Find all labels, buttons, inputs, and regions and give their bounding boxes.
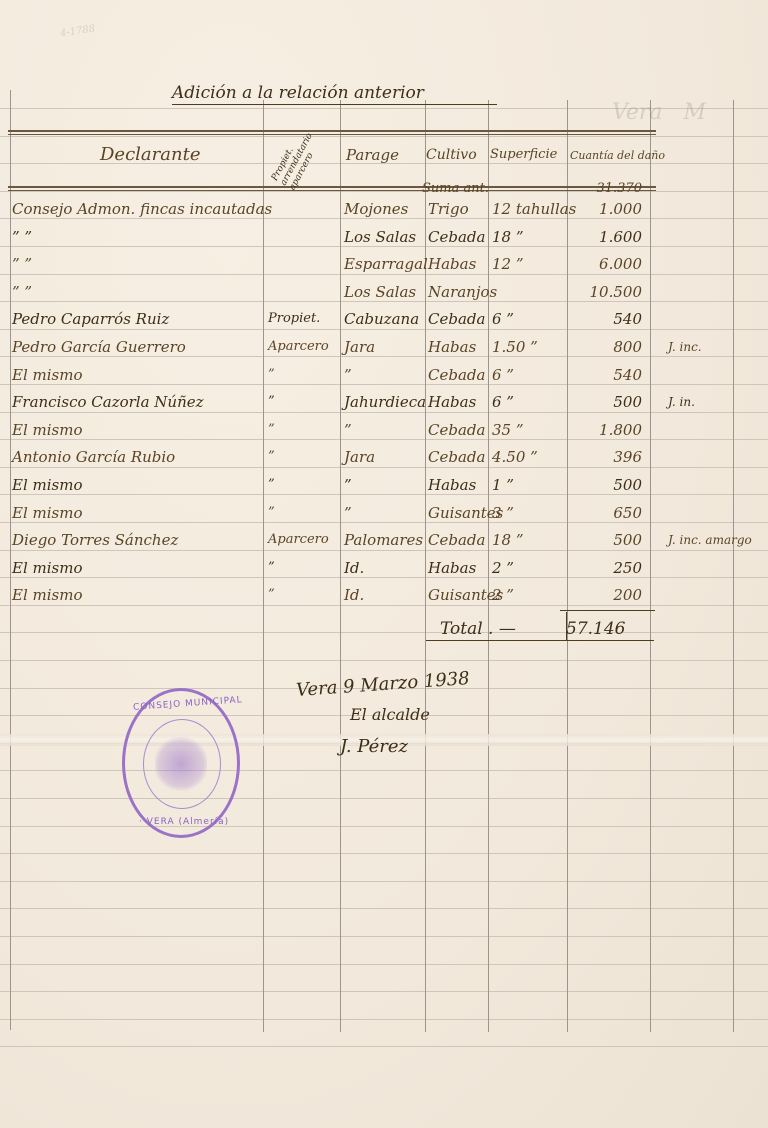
cell-declarante: El mismo [12, 504, 83, 522]
cell-cuantia: 396 [580, 448, 642, 466]
total-rule-top [560, 610, 655, 611]
cell-superficie: 35 ” [492, 421, 524, 439]
cell-declarante: ” ” [12, 228, 32, 246]
cell-cuantia: 500 [580, 531, 642, 549]
header-rule-top [8, 130, 656, 132]
cell-parage: ” [344, 504, 352, 522]
header-parage: Parage [346, 146, 399, 164]
cell-cultivo: Habas [428, 338, 476, 356]
column-line [567, 100, 568, 1032]
ruled-line [0, 384, 768, 385]
header-rule-bottom-2 [8, 190, 656, 191]
cell-superficie: 1 ” [492, 476, 514, 494]
cell-cuantia: 500 [580, 393, 642, 411]
cell-superficie: 3 ” [492, 504, 514, 522]
cell-parage: Los Salas [344, 283, 416, 301]
cell-declarante: Consejo Admon. fincas incautadas [12, 200, 272, 218]
cell-parage: ” [344, 421, 352, 439]
cell-parage: Id. [344, 586, 364, 604]
ruled-line [0, 577, 768, 578]
column-line [488, 100, 489, 1032]
cell-cuantia: 6.000 [580, 255, 642, 273]
ruled-line [0, 218, 768, 219]
cell-cuantia: 500 [580, 476, 642, 494]
ruled-line [0, 853, 768, 854]
cell-declarante: Antonio García Rubio [12, 448, 175, 466]
title-underline [172, 104, 497, 105]
ruled-line [0, 1019, 768, 1020]
cell-declarante: ” ” [12, 255, 32, 273]
cell-superficie: 4.50 ” [492, 448, 538, 466]
cell-cultivo: Cebada [428, 421, 485, 439]
total-label: Total . — [440, 620, 516, 638]
ruled-line [0, 412, 768, 413]
ruled-line [0, 660, 768, 661]
cell-cultivo: Habas [428, 476, 476, 494]
total-value: 57.146 [566, 620, 625, 638]
ruled-line [0, 991, 768, 992]
signature-role: El alcalde [350, 706, 430, 724]
ruled-line [0, 439, 768, 440]
ruled-line [0, 798, 768, 799]
column-line [425, 100, 426, 1032]
ruled-line [0, 301, 768, 302]
ruled-line [0, 908, 768, 909]
ruled-line [0, 881, 768, 882]
total-box-left [566, 612, 567, 640]
signature-name: J. Pérez [340, 738, 408, 756]
pencil-mark: 4-1788 [59, 24, 95, 40]
cell-cuantia: 200 [580, 586, 642, 604]
cell-tenencia: Aparcero [268, 531, 329, 549]
cell-superficie: 18 ” [492, 228, 524, 246]
cell-cultivo: Habas [428, 559, 476, 577]
cell-superficie: 2 ” [492, 586, 514, 604]
cell-nota: J. inc. [668, 338, 702, 356]
header-rule-bottom [8, 186, 656, 188]
coat-of-arms-icon [155, 737, 207, 791]
cell-parage: ” [344, 366, 352, 384]
document-title: Adición a la relación anterior [172, 84, 424, 102]
cell-tenencia: ” [268, 421, 275, 439]
cell-declarante: El mismo [12, 421, 83, 439]
cell-tenencia: ” [268, 559, 275, 577]
header-declarante: Declarante [100, 146, 200, 164]
total-rule-bottom [426, 640, 654, 641]
column-line [263, 100, 264, 1032]
cell-superficie: 6 ” [492, 393, 514, 411]
previous-sum-label: Suma ant. [422, 180, 489, 198]
ruled-line [0, 632, 768, 633]
cell-declarante: Pedro Caparrós Ruiz [12, 310, 169, 328]
ruled-line [0, 356, 768, 357]
header-rule-top-2 [8, 134, 656, 135]
cell-tenencia: ” [268, 586, 275, 604]
cell-nota: J. in. [668, 393, 695, 411]
cell-declarante: Pedro García Guerrero [12, 338, 186, 356]
cell-tenencia: ” [268, 448, 275, 466]
cell-tenencia: ” [268, 504, 275, 522]
column-line [340, 100, 341, 1032]
cell-cultivo: Naranjos [428, 283, 497, 301]
stamp-bottom-text: · VERA (Almería) [139, 817, 229, 827]
cell-nota: J. inc. amargo [668, 531, 752, 549]
ruled-line [0, 191, 768, 192]
ruled-line [0, 770, 768, 771]
ruled-line [0, 329, 768, 330]
cell-tenencia: ” [268, 366, 275, 384]
cell-cuantia: 1.000 [580, 200, 642, 218]
cell-cuantia: 540 [580, 366, 642, 384]
cell-declarante: Diego Torres Sánchez [12, 531, 178, 549]
ruled-line [0, 1046, 768, 1047]
cell-cultivo: Habas [428, 393, 476, 411]
header-cuantia: Cuantía del daño [570, 147, 665, 165]
cell-cultivo: Trigo [428, 200, 469, 218]
ruled-line [0, 936, 768, 937]
cell-declarante: El mismo [12, 586, 83, 604]
cell-parage: Palomares [344, 531, 423, 549]
cell-parage: Jahurdieca [344, 393, 426, 411]
cell-parage: Los Salas [344, 228, 416, 246]
cell-cuantia: 250 [580, 559, 642, 577]
ruled-line [0, 467, 768, 468]
cell-parage: Jara [344, 448, 375, 466]
cell-superficie: 12 tahullas [492, 200, 576, 218]
cell-tenencia: Aparcero [268, 338, 329, 356]
cell-superficie: 12 ” [492, 255, 524, 273]
cell-parage: Cabuzana [344, 310, 419, 328]
cell-declarante: El mismo [12, 559, 83, 577]
ruled-line [0, 274, 768, 275]
ruled-line [0, 246, 768, 247]
cell-superficie: 1.50 ” [492, 338, 538, 356]
cell-superficie: 6 ” [492, 310, 514, 328]
cell-cuantia: 1.800 [580, 421, 642, 439]
cell-cultivo: Cebada [428, 366, 485, 384]
column-line [10, 90, 11, 1030]
cell-tenencia: ” [268, 476, 275, 494]
cell-cuantia: 1.600 [580, 228, 642, 246]
cell-cuantia: 540 [580, 310, 642, 328]
cell-cultivo: Cebada [428, 228, 485, 246]
cell-declarante: El mismo [12, 476, 83, 494]
cell-parage: ” [344, 476, 352, 494]
cell-tenencia: Propiet. [268, 310, 320, 328]
municipal-stamp: CONSEJO MUNICIPAL · VERA (Almería) [122, 688, 240, 838]
cell-cultivo: Cebada [428, 448, 485, 466]
cell-declarante: Francisco Cazorla Núñez [12, 393, 204, 411]
cell-parage: Id. [344, 559, 364, 577]
ruled-line [0, 522, 768, 523]
ruled-line [0, 494, 768, 495]
column-line [650, 100, 651, 1032]
signature-place-date: Vera 9 Marzo 1938 [296, 670, 471, 700]
cell-cultivo: Habas [428, 255, 476, 273]
cell-superficie: 2 ” [492, 559, 514, 577]
cell-parage: Jara [344, 338, 375, 356]
bleed-through-text: Vera M [612, 100, 706, 125]
document-page: Vera M 4-1788 Adición a la relación ante… [0, 0, 768, 1128]
header-superficie: Superficie [490, 146, 557, 164]
header-cultivo: Cultivo [426, 146, 477, 164]
column-line [733, 100, 734, 1032]
stamp-top-text: CONSEJO MUNICIPAL [133, 695, 243, 713]
header-tenencia: Propiet. arrendatario aparcero [270, 116, 329, 192]
cell-declarante: ” ” [12, 283, 32, 301]
cell-cuantia: 650 [580, 504, 642, 522]
cell-declarante: El mismo [12, 366, 83, 384]
cell-tenencia: ” [268, 393, 275, 411]
cell-cultivo: Cebada [428, 531, 485, 549]
cell-cuantia: 800 [580, 338, 642, 356]
ruled-line [0, 964, 768, 965]
cell-superficie: 18 ” [492, 531, 524, 549]
ruled-line [0, 550, 768, 551]
previous-sum-value: 31.370 [580, 180, 642, 198]
cell-parage: Esparragal [344, 255, 428, 273]
ruled-line [0, 826, 768, 827]
ruled-line [0, 136, 768, 137]
ruled-line [0, 605, 768, 606]
cell-cuantia: 10.500 [580, 283, 642, 301]
cell-superficie: 6 ” [492, 366, 514, 384]
cell-cultivo: Cebada [428, 310, 485, 328]
cell-parage: Mojones [344, 200, 408, 218]
